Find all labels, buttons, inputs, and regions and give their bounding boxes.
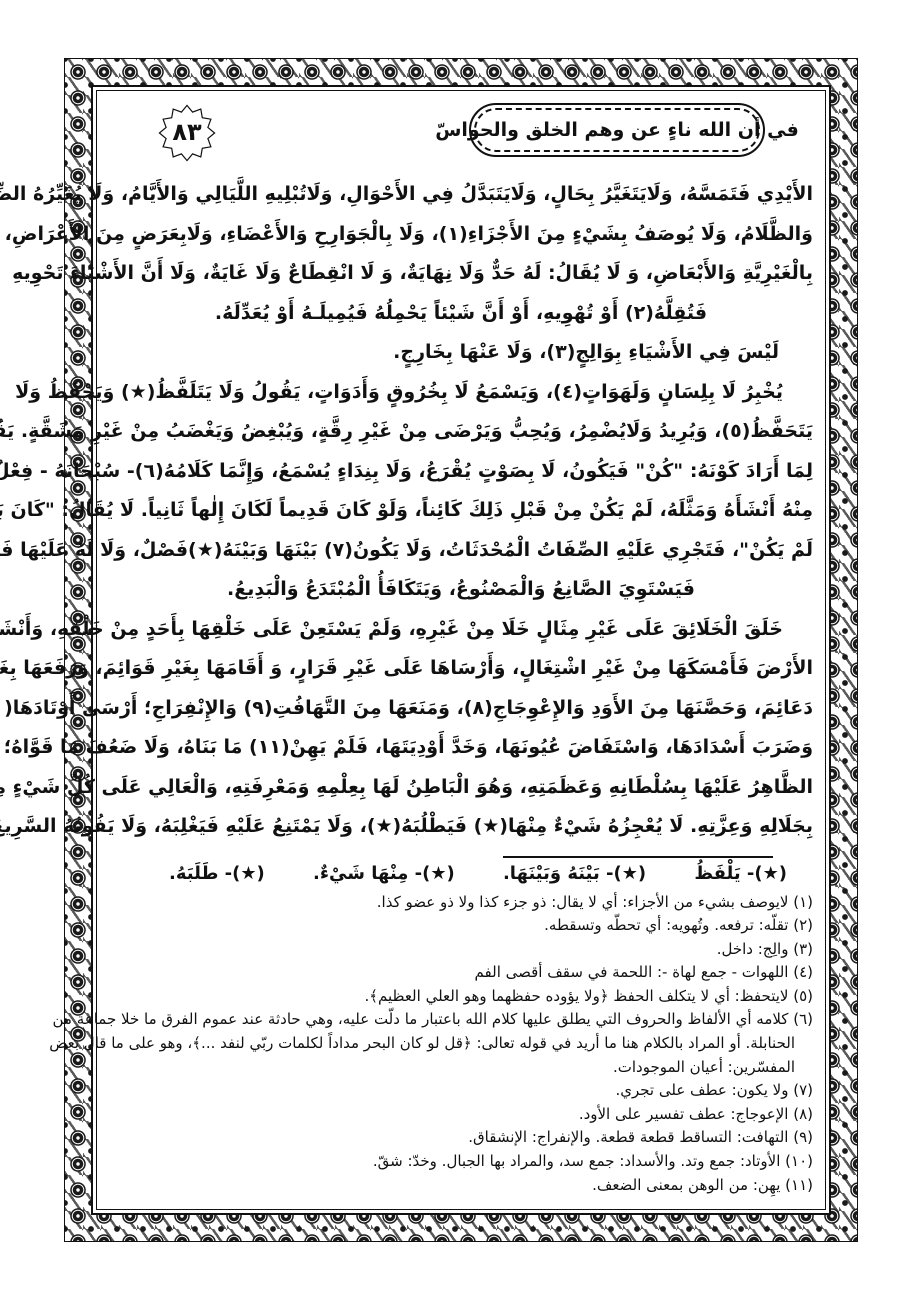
text-line: بِالْغَيْرِيَّةِ وَالأَبْعَاضِ، وَ لَا ي…	[109, 254, 813, 294]
footnote-line: (٦) كلامه أي الألفاظ والحروف التي يطلق ع…	[113, 1008, 813, 1032]
variant-reading: (★)- يَلْفَظُ	[694, 863, 787, 884]
footnote-line: (١١) يهِن: من الوهن بمعنى الضعف.	[113, 1174, 813, 1198]
variant-readings-row: (★)- يَلْفَظُ(★)- بَيْنَهُ وَبَيْنَهَا.(…	[109, 863, 813, 884]
footnote-line: الحنابلة. أو المراد بالكلام هنا ما أريد …	[113, 1032, 813, 1056]
footnote-line: المفسّرين: أعيان الموجودات.	[113, 1056, 813, 1080]
footnote-line: (١٠) الأوتاد: جمع وتد. والأسداد: جمع سد،…	[113, 1150, 813, 1174]
footnote-line: (٨) الإعوجاج: عطف تفسير على الأود.	[113, 1103, 813, 1127]
text-line: فَيَسْتَوِيَ الصَّانِعُ وَالْمَصْنُوعُ، …	[109, 570, 813, 610]
chapter-title-cartouche: في أن الله ناءٍ عن وهم الخلق والحواسّ	[469, 103, 765, 157]
text-line: الظَّاهِرُ عَلَيْهَا بِسُلْطَانِهِ وَعَظ…	[109, 768, 813, 808]
variant-reading: (★)- بَيْنَهُ وَبَيْنَهَا.	[503, 863, 646, 884]
text-line: وَالظَّلَامُ، وَلَا يُوصَفُ بِشَيْءٍ مِن…	[109, 215, 813, 255]
book-page: في أن الله ناءٍ عن وهم الخلق والحواسّ ٨٣…	[0, 0, 907, 1294]
footnote-line: (٧) ولا يكون: عطف على تجري.	[113, 1079, 813, 1103]
page-number-medallion: ٨٣	[157, 99, 217, 167]
inner-frame-inner-rule: في أن الله ناءٍ عن وهم الخلق والحواسّ ٨٣…	[96, 90, 826, 1210]
text-line: لِمَا أَرَادَ كَوْنَهُ: "كُنْ" فَيَكُونُ…	[109, 452, 813, 492]
text-line: وَضَرَبَ أَسْدَادَهَا، وَاسْتَفَاضَ عُيُ…	[109, 728, 813, 768]
text-line: بِجَلَالِهِ وَعِزَّتِهِ. لَا يُعْجِزُهُ …	[109, 807, 813, 847]
variant-reading: (★)- طَلَبَهُ.	[169, 863, 265, 884]
text-line: خَلَقَ الْخَلَائِقَ عَلَى غَيْرِ مِثَالٍ…	[109, 610, 813, 650]
ornamental-border: في أن الله ناءٍ عن وهم الخلق والحواسّ ٨٣…	[64, 58, 858, 1242]
cartouche-dashed-border: في أن الله ناءٍ عن وهم الخلق والحواسّ	[474, 108, 760, 152]
text-line: يَتَحَفَّظُ(٥)، وَيُرِيدُ وَلَايُضْمِرُ،…	[109, 412, 813, 452]
inner-frame-outer-rule: في أن الله ناءٍ عن وهم الخلق والحواسّ ٨٣…	[91, 85, 831, 1215]
text-line: الأَرْضَ فَأَمْسَكَهَا مِنْ غَيْرِ اشْتِ…	[109, 649, 813, 689]
text-line: لَيْسَ فِي الأَشْيَاءِ بِوَالِجٍ(٣)، وَل…	[109, 333, 813, 373]
chapter-title: في أن الله ناءٍ عن وهم الخلق والحواسّ	[435, 119, 799, 141]
footnote-line: (١) لايوصف بشيء من الأجزاء: أي لا يقال: …	[113, 891, 813, 915]
text-line: مِنْهُ أَنْشَأَهُ وَمَثَّلَهُ، لَمْ يَكُ…	[109, 491, 813, 531]
footnotes-block: (١) لايوصف بشيء من الأجزاء: أي لا يقال: …	[109, 891, 813, 1198]
footnote-line: (٥) لايتحفظ: أي لا يتكلف الحفظ ﴿ولا يؤود…	[113, 985, 813, 1009]
text-line: الأَيْدِي فَتَمَسَّهُ، وَلَايَتَغَيَّرُ …	[109, 175, 813, 215]
footnote-line: (٣) والِج: داخل.	[113, 938, 813, 962]
text-line: يُخْبِرُ لَا بِلِسَانٍ وَلَهَوَاتٍ(٤)، و…	[109, 373, 813, 413]
main-text: الأَيْدِي فَتَمَسَّهُ، وَلَايَتَغَيَّرُ …	[109, 175, 813, 847]
footnote-separator-rule	[503, 856, 773, 858]
footnote-line: (٩) التهافت: التساقط قطعة قطعة. والإنفرا…	[113, 1126, 813, 1150]
text-line: دَعَائِمَ، وَحَصَّنَهَا مِنَ الأَوَدِ وَ…	[109, 689, 813, 729]
text-line: فَتُقِلَّهُ(٢) أَوْ تُهْوِيهِ، أَوْ أَنَ…	[109, 294, 813, 334]
page-number: ٨٣	[157, 99, 217, 167]
variant-reading: (★)- مِنْهَا شَيْءٌ.	[313, 863, 455, 884]
page-header: في أن الله ناءٍ عن وهم الخلق والحواسّ ٨٣	[109, 99, 813, 171]
footnote-line: (٢) تقلّه: ترفعه. وتُهويه: أي تحطّه وتسق…	[113, 914, 813, 938]
footnote-line: (٤) اللهوات - جمع لهاة -: اللحمة في سقف …	[113, 961, 813, 985]
text-line: لَمْ يَكُنْ"، فَتَجْرِي عَلَيْهِ الصِّفَ…	[109, 531, 813, 571]
page-content: في أن الله ناءٍ عن وهم الخلق والحواسّ ٨٣…	[97, 91, 825, 1209]
